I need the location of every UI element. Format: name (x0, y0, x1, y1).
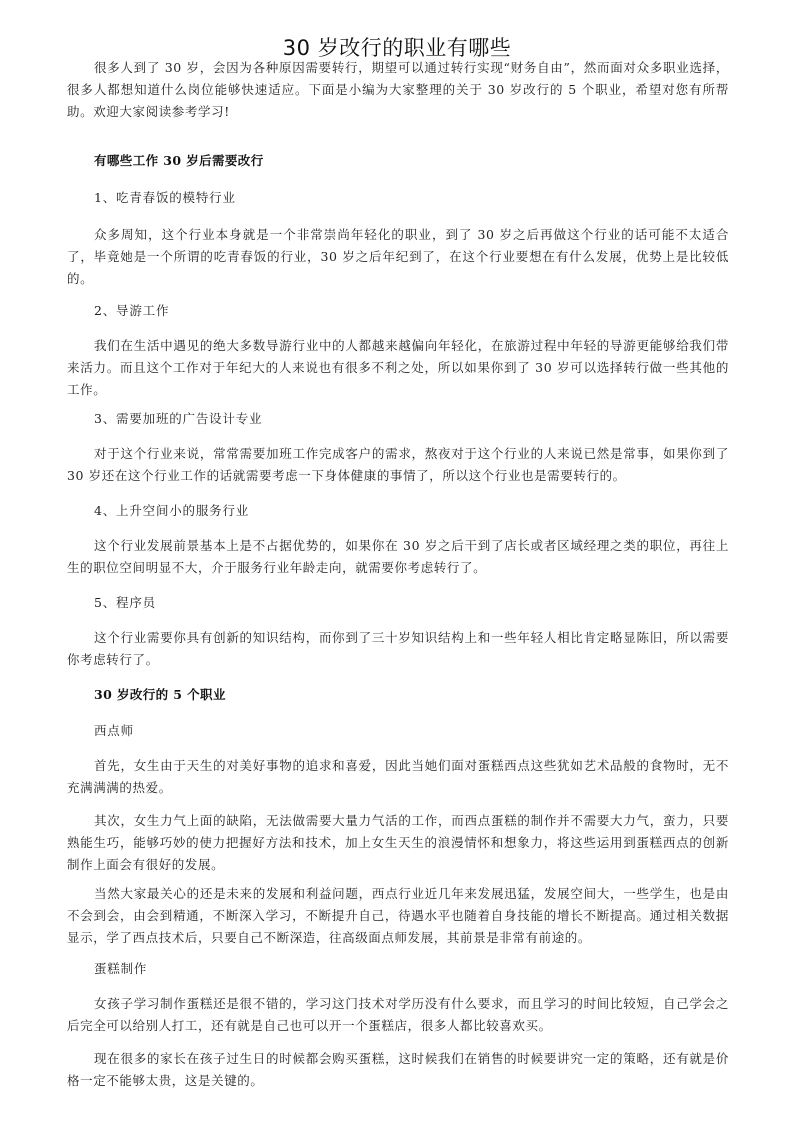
job-1-paragraph-3: 当然大家最关心的还是未来的发展和利益问题，西点行业近几年来发展迅猛，发展空间大，… (67, 883, 729, 949)
item-body-5: 这个行业需要你具有创新的知识结构，而你到了三十岁知识结构上和一些年轻人相比肯定略… (67, 627, 729, 671)
item-body-3: 对于这个行业来说，常常需要加班工作完成客户的需求，熬夜对于这个行业的人来说已然是… (67, 443, 729, 487)
item-title-2: 2、导游工作 (94, 300, 169, 322)
item-body-2: 我们在生活中遇见的绝大多数导游行业中的人都越来越偏向年轻化，在旅游过程中年轻的导… (67, 335, 729, 401)
job-1-paragraph-1: 首先，女生由于天生的对美好事物的追求和喜爱，因此当她们面对蛋糕西点这些犹如艺术品… (67, 755, 729, 799)
job-title-1: 西点师 (94, 720, 134, 742)
item-title-5: 5、程序员 (94, 592, 156, 614)
section-heading-2: 30 岁改行的 5 个职业 (94, 684, 226, 706)
job-2-paragraph-2: 现在很多的家长在孩子过生日的时候都会购买蛋糕，这时候我们在销售的时候要讲究一定的… (67, 1048, 729, 1092)
item-body-4: 这个行业发展前景基本上是不占据优势的，如果你在 30 岁之后干到了店长或者区域经… (67, 535, 729, 579)
document-page: 30 岁改行的职业有哪些 很多人到了 30 岁，会因为各种原因需要转行，期望可以… (0, 0, 794, 1123)
item-title-4: 4、上升空间小的服务行业 (94, 500, 249, 522)
section-heading-1: 有哪些工作 30 岁后需要改行 (94, 150, 264, 172)
job-title-2: 蛋糕制作 (94, 958, 147, 980)
item-title-3: 3、需要加班的广告设计专业 (94, 408, 262, 430)
job-1-paragraph-2: 其次，女生力气上面的缺陷，无法做需要大量力气活的工作，而西点蛋糕的制作并不需要大… (67, 810, 729, 876)
intro-paragraph: 很多人到了 30 岁，会因为各种原因需要转行，期望可以通过转行实现“财务自由”，… (67, 57, 729, 123)
item-body-1: 众多周知，这个行业本身就是一个非常崇尚年轻化的职业，到了 30 岁之后再做这个行… (67, 224, 729, 290)
item-title-1: 1、吃青春饭的模特行业 (94, 187, 236, 209)
job-2-paragraph-1: 女孩子学习制作蛋糕还是很不错的，学习这门技术对学历没有什么要求，而且学习的时间比… (67, 993, 729, 1037)
